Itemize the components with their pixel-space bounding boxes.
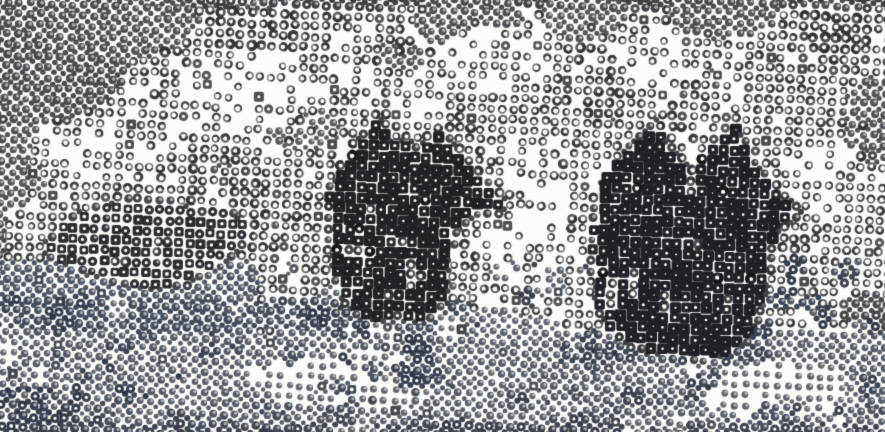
halftone-canvas: [0, 0, 885, 432]
halftone-artwork: [0, 0, 885, 432]
